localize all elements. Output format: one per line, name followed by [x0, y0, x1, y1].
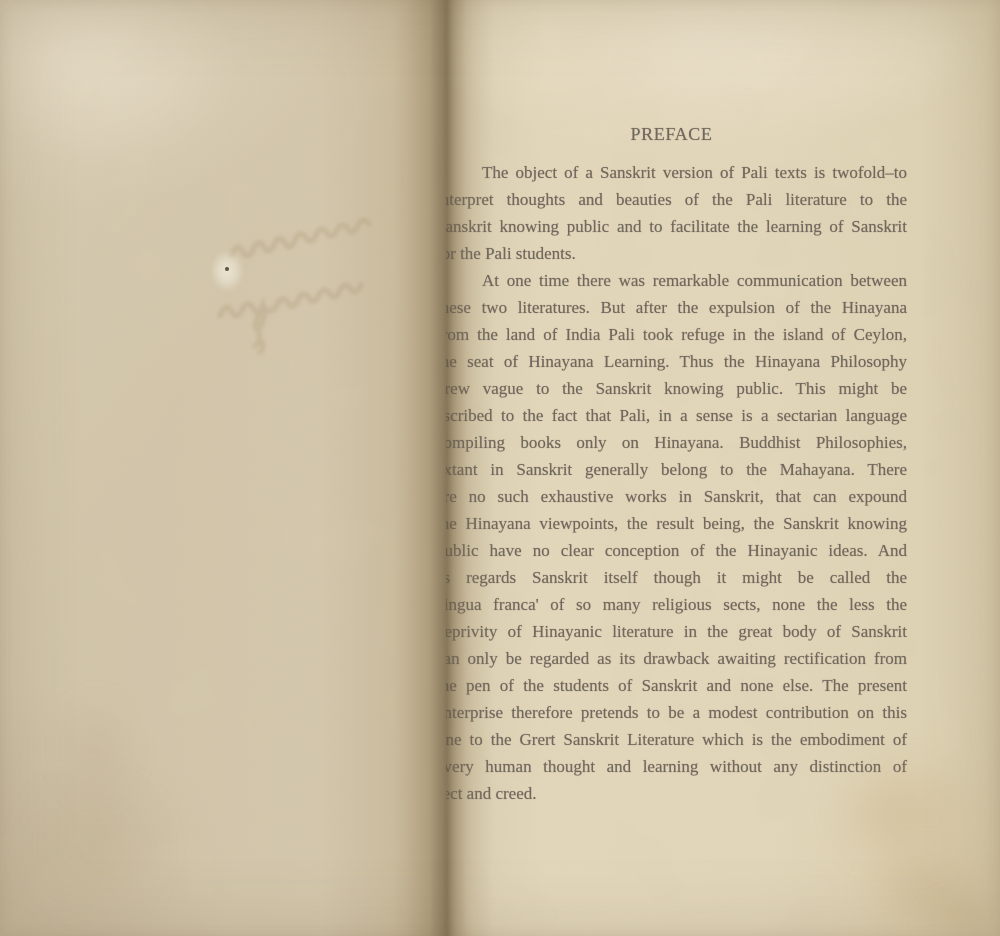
text-line: ascribed to the fact that Pali, in a sen… — [446, 402, 907, 429]
text-line: these two literatures. But after the exp… — [446, 294, 907, 321]
paragraph: At one time there was remarkable communi… — [446, 267, 907, 807]
preface-text-block: PREFACE The object of a Sanskrit version… — [446, 0, 907, 807]
text-line: At one time there was remarkable communi… — [446, 267, 907, 294]
text-line: the Hinayana viewpoints, the result bein… — [446, 510, 907, 537]
page-title: PREFACE — [446, 120, 907, 148]
text-line: can only be regarded as its drawback awa… — [446, 645, 907, 672]
text-line: are no such exhaustive works in Sanskrit… — [446, 483, 907, 510]
text-line: interpret thoughts and beauties of the P… — [446, 186, 907, 213]
text-line: the pen of the students of Sanskrit and … — [446, 672, 907, 699]
text-line: The object of a Sanskrit version of Pali… — [446, 159, 907, 186]
text-line: sect and creed. — [446, 780, 907, 807]
text-line: public have no clear conception of the H… — [446, 537, 907, 564]
text-line: as regards Sanskrit itself though it mig… — [446, 564, 907, 591]
right-page: PREFACE The object of a Sanskrit version… — [446, 0, 1000, 936]
text-line: grew vague to the Sanskrit knowing publi… — [446, 375, 907, 402]
text-line: from the land of India Pali took refuge … — [446, 321, 907, 348]
show-through-script — [0, 0, 446, 936]
paper-flaw-spot — [210, 250, 244, 292]
left-page — [0, 0, 446, 936]
text-line: extant in Sanskrit generally belong to t… — [446, 456, 907, 483]
text-line: 'lingua franca' of so many religious sec… — [446, 591, 907, 618]
ink-speck — [225, 267, 229, 271]
text-line: compiling books only on Hinayana. Buddhi… — [446, 429, 907, 456]
book-scan: PREFACE The object of a Sanskrit version… — [0, 0, 1000, 936]
text-line: deprivity of Hinayanic literature in the… — [446, 618, 907, 645]
text-line: Sanskrit knowing public and to facilitat… — [446, 213, 907, 240]
text-line: the seat of Hinayana Learning. Thus the … — [446, 348, 907, 375]
text-line: enterprise therefore pretends to be a mo… — [446, 699, 907, 726]
text-line: for the Pali students. — [446, 240, 907, 267]
text-line: line to the Grert Sanskrit Literature wh… — [446, 726, 907, 753]
paragraphs: The object of a Sanskrit version of Pali… — [446, 159, 907, 807]
text-line: every human thought and learning without… — [446, 753, 907, 780]
paragraph: The object of a Sanskrit version of Pali… — [446, 159, 907, 267]
